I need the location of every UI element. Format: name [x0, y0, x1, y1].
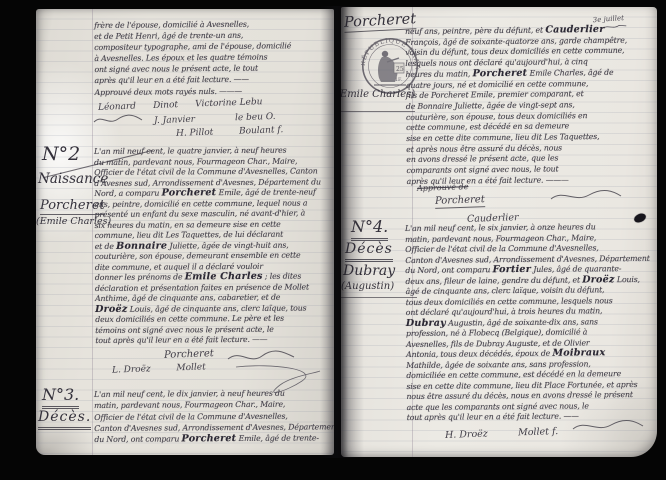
act-2-birth-record-text: L'an mil neuf cent, le quatre janvier, à… — [94, 145, 322, 346]
mayor-paraph-flourish-icon — [571, 417, 645, 435]
handwritten-line: nous être assuré du décès, nous en avons… — [406, 390, 651, 403]
signature-row: J. Janvier le beu O. — [154, 112, 276, 126]
act3-margin-type: Décès. — [38, 409, 91, 430]
margin-rule — [92, 9, 93, 455]
handwritten-line: à Avesnelles. Les époux et les quatre té… — [94, 52, 291, 65]
right-page: Porcheret RÉPUBLIQUE FRANÇAISE 25 1F. (E… — [341, 7, 657, 457]
signature-row: H. Pillot Boulant f. — [176, 125, 284, 139]
svg-text:25: 25 — [396, 66, 404, 73]
register-scan: frère de l'épouse, domicilié à Avesnelle… — [0, 0, 666, 480]
svg-text:1F.: 1F. — [395, 77, 403, 83]
signature-porcheret: Porcheret — [435, 194, 485, 209]
act-4-death-record-text: L'an mil neuf cent, le six janvier, à on… — [405, 222, 651, 424]
act-previous-ending-text: frère de l'épouse, domicilié à Avesnelle… — [94, 18, 292, 97]
signature-porcheret: Porcheret — [164, 348, 214, 361]
struck-out-note: Approuvé de — [417, 182, 469, 193]
signature-row: L. Droëz Mollet — [112, 362, 206, 375]
handwritten-line: du Nord, ont comparu Porcheret Emile, âg… — [94, 432, 334, 445]
handwritten-line: présenté un enfant du sexe masculin, né … — [94, 208, 321, 220]
handwritten-line: tout après qu'il leur en a été fait lect… — [95, 334, 322, 346]
left-page: frère de l'épouse, domicilié à Avesnelle… — [36, 9, 334, 455]
margin-divider-line — [341, 111, 415, 112]
signature-row: H. Droëz Mollet f. — [445, 426, 559, 441]
handwritten-line: déclaration et présentation faites en pr… — [95, 282, 322, 294]
signature-row: Léonard Dinot Victorine Lebu — [98, 97, 263, 113]
mayor-paraph-flourish-icon — [549, 187, 623, 205]
act4-margin-name: Dubray — [343, 263, 395, 279]
act-3-death-record-end-text: neuf ans, peintre, père du défunt, et Ca… — [405, 25, 629, 188]
act-3-death-record-start-text: L'an mil neuf cent, le dix janvier, à ne… — [94, 387, 334, 445]
handwritten-line: couturière, son épouse, demeurant ensemb… — [95, 250, 322, 262]
act2-margin-number: N°2 — [42, 143, 80, 165]
continued-act-margin-subname: (Emile Charles) — [341, 89, 415, 100]
handwritten-line: Droëz Louis, âgé de cinquante ans, clerc… — [95, 303, 322, 315]
act4-margin-type: Décès — [345, 241, 393, 262]
act4-margin-number: N°4. — [351, 217, 388, 241]
handwritten-line: Approuvé deux mots rayés nuls. ——— — [95, 85, 292, 98]
act4-margin-subname: (Augustin) — [341, 281, 394, 292]
paraph-flourish-icon — [92, 113, 144, 127]
act3-margin-number: N°3. — [42, 385, 79, 409]
